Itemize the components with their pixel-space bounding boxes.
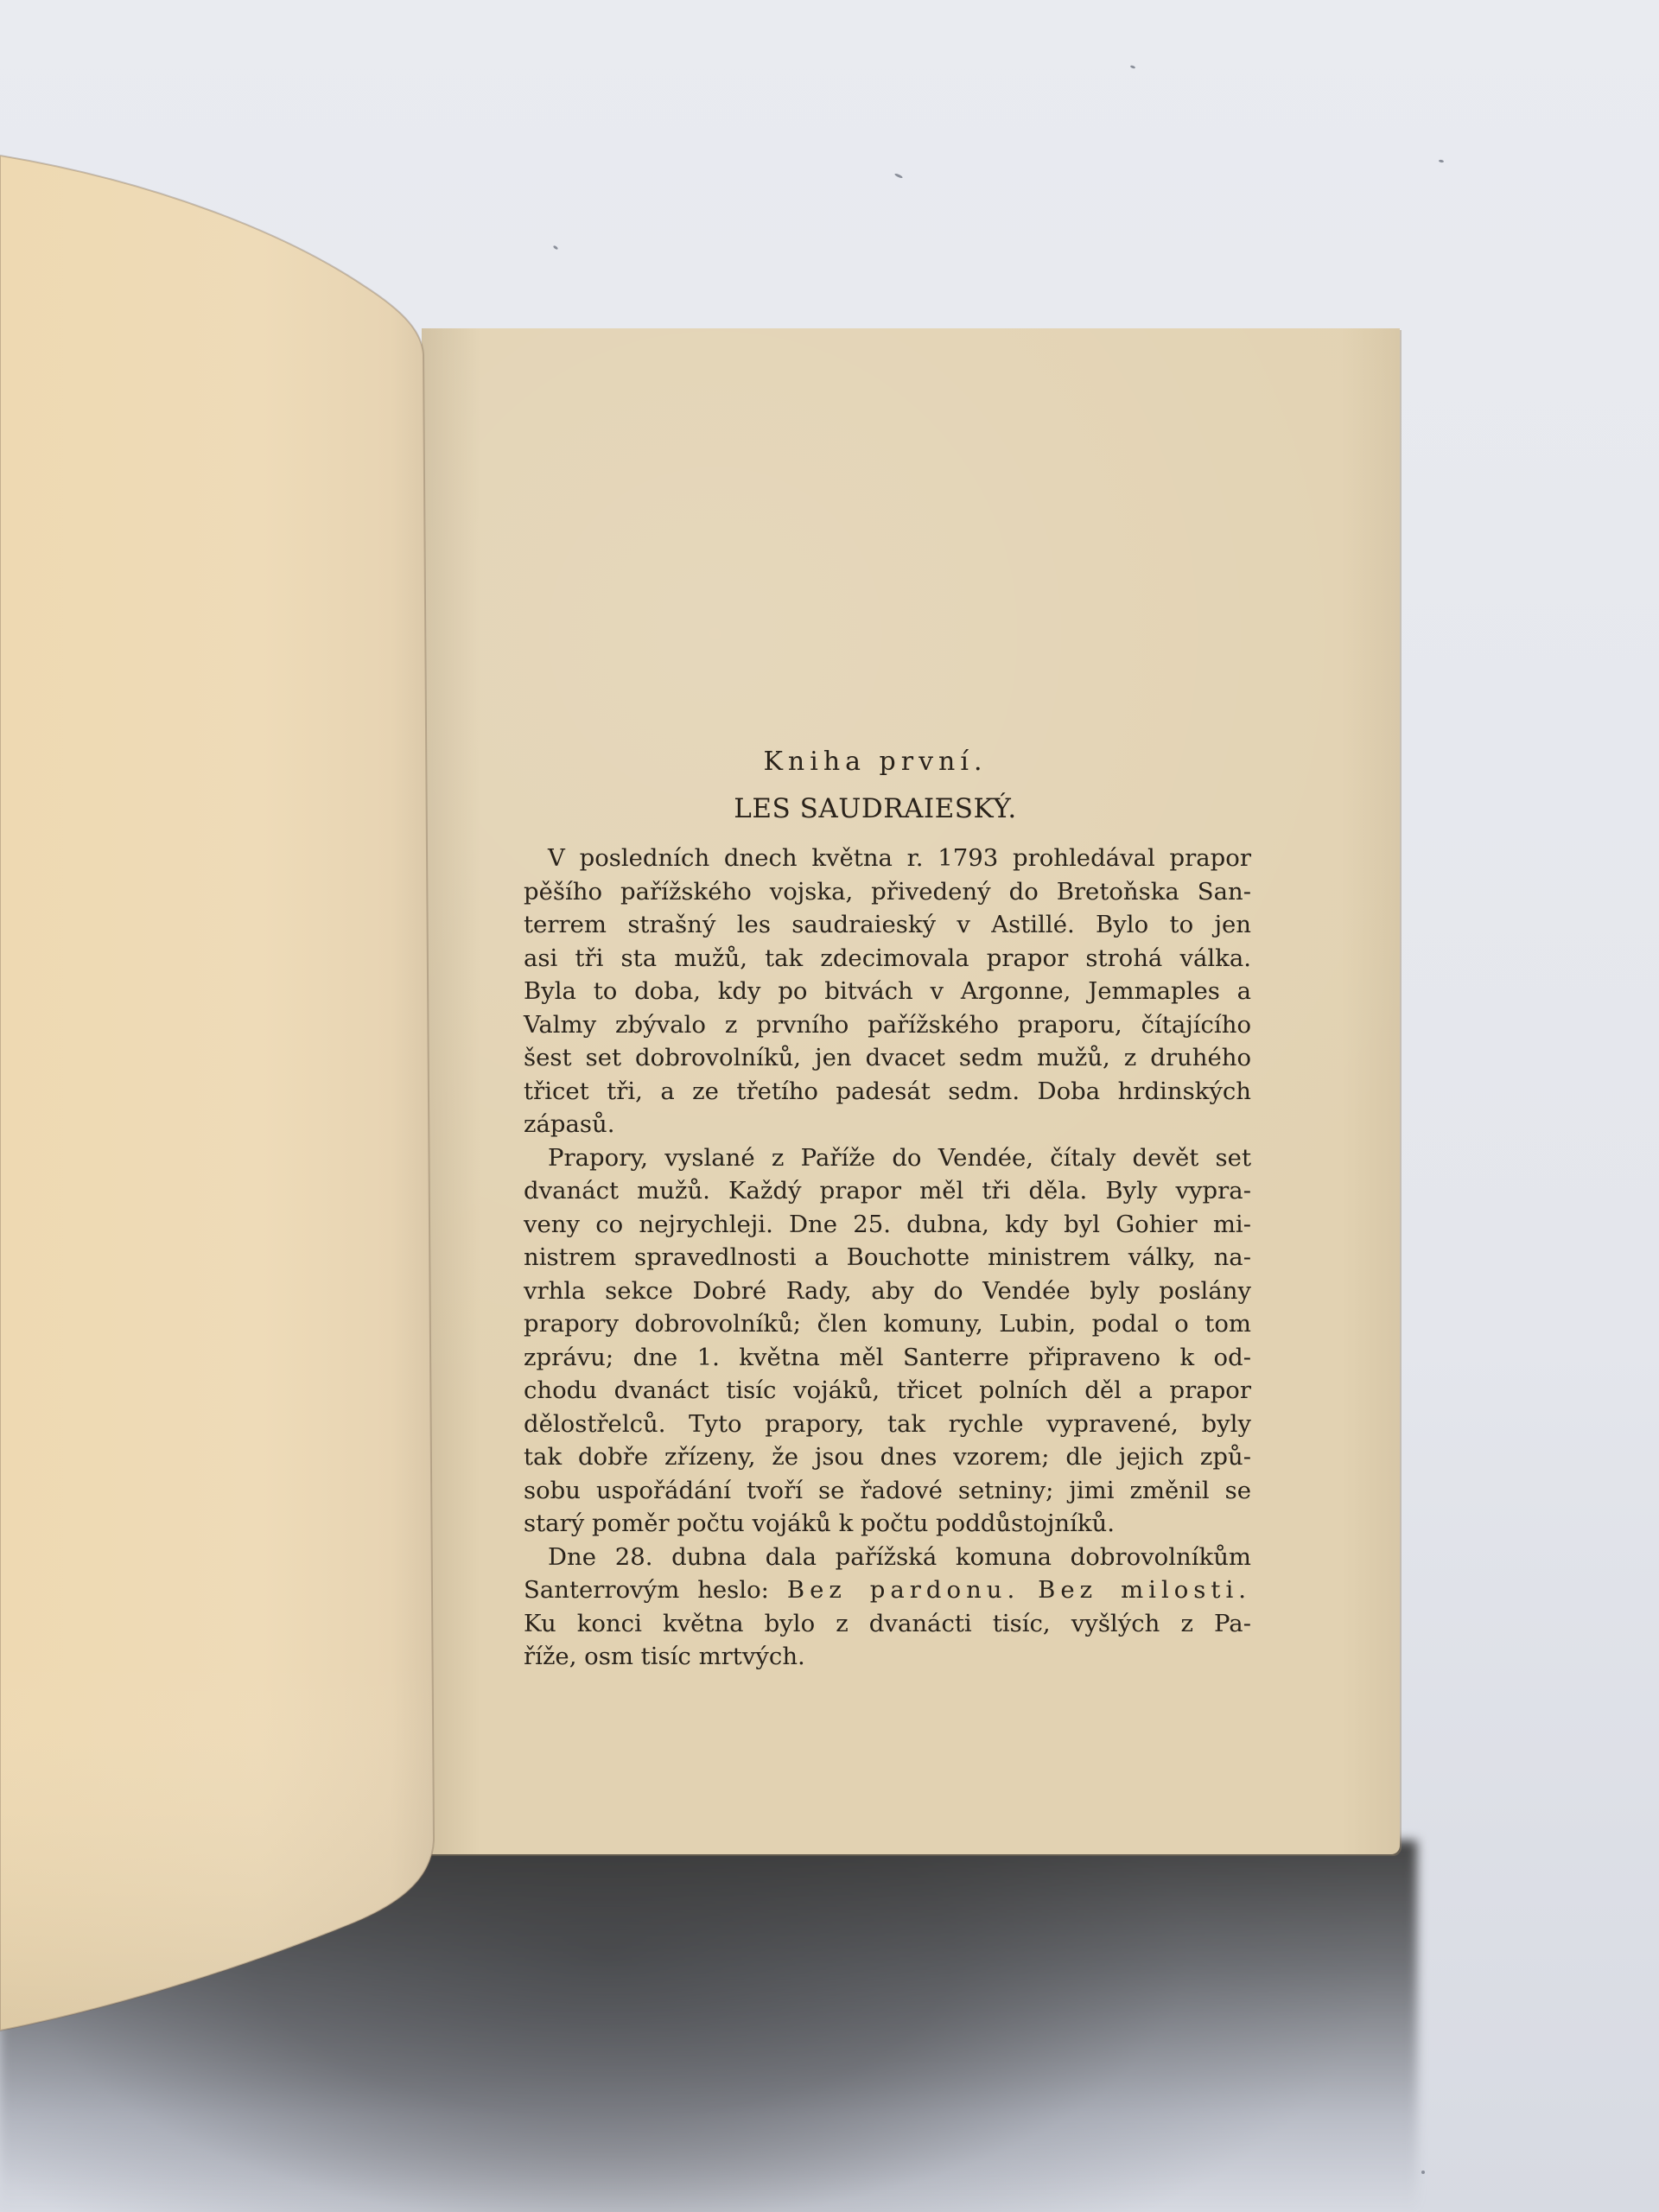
body-text: V posledních dnech května r. 1793 prohle… [499, 842, 1251, 1674]
motto-emphasis: Bez pardonu. [787, 1576, 1020, 1604]
text-line: pěšího pařížského vojska, přivedený do B… [499, 875, 1251, 909]
paragraph-2: Prapory, vyslané z Paříže do Vendée, čít… [499, 1141, 1251, 1541]
text-line: zápasů. [499, 1108, 1251, 1141]
chapter-title: LES SAUDRAIESKÝ. [499, 791, 1251, 829]
text-fragment: Santerrovým heslo: [524, 1576, 787, 1604]
text-line: říže, osm tisíc mrtvých. [499, 1640, 1251, 1674]
text-line: starý poměr počtu vojáků k počtu poddůst… [499, 1507, 1251, 1541]
text-line: Byla to doba, kdy po bitvách v Argonne, … [499, 975, 1251, 1008]
paragraph-3: Dne 28. dubna dala pařížská komuna dobro… [499, 1541, 1251, 1674]
chapter-label: Kniha první. [499, 745, 1251, 779]
motto-emphasis: Bez milosti. [1038, 1576, 1251, 1604]
text-line: Ku konci května bylo z dvanácti tisíc, v… [499, 1607, 1251, 1641]
text-line: chodu dvanáct tisíc vojáků, třicet polní… [499, 1374, 1251, 1408]
text-line: šest set dobrovolníků, jen dvacet sedm m… [499, 1041, 1251, 1075]
text-line: prapory dobrovolníků; člen komuny, Lubin… [499, 1307, 1251, 1341]
text-line: Dne 28. dubna dala pařížská komuna dobro… [499, 1541, 1251, 1574]
text-line: dělostřelců. Tyto prapory, tak rychle vy… [499, 1408, 1251, 1441]
text-line: terrem strašný les saudraieský v Astillé… [499, 908, 1251, 942]
page-text: Kniha první. LES SAUDRAIESKÝ. V poslední… [499, 745, 1251, 1674]
text-line: Valmy zbývalo z prvního pařížského prapo… [499, 1008, 1251, 1042]
text-line-motto: Santerrovým heslo: Bez pardonu. Bez milo… [499, 1573, 1251, 1607]
text-line: zprávu; dne 1. května měl Santerre připr… [499, 1341, 1251, 1375]
left-page-shape [0, 0, 449, 2212]
paragraph-1: V posledních dnech května r. 1793 prohle… [499, 842, 1251, 1141]
text-line: nistrem spravedlnosti a Bouchotte minist… [499, 1241, 1251, 1274]
text-line: asi tři sta mužů, tak zdecimovala prapor… [499, 942, 1251, 976]
text-line: vrhla sekce Dobré Rady, aby do Vendée by… [499, 1274, 1251, 1308]
background-speck [1421, 2171, 1425, 2174]
text-line: veny co nejrychleji. Dne 25. dubna, kdy … [499, 1208, 1251, 1242]
text-line: Prapory, vyslané z Paříže do Vendée, čít… [499, 1141, 1251, 1175]
text-line: třicet tři, a ze třetího padesát sedm. D… [499, 1075, 1251, 1109]
left-page [0, 0, 449, 2212]
text-line: tak dobře zřízeny, že jsou dnes vzorem; … [499, 1440, 1251, 1474]
text-line: dvanáct mužů. Každý prapor měl tři děla.… [499, 1174, 1251, 1208]
text-line: sobu uspořádání tvoří se řadové setniny;… [499, 1474, 1251, 1508]
text-line: V posledních dnech května r. 1793 prohle… [499, 842, 1251, 875]
